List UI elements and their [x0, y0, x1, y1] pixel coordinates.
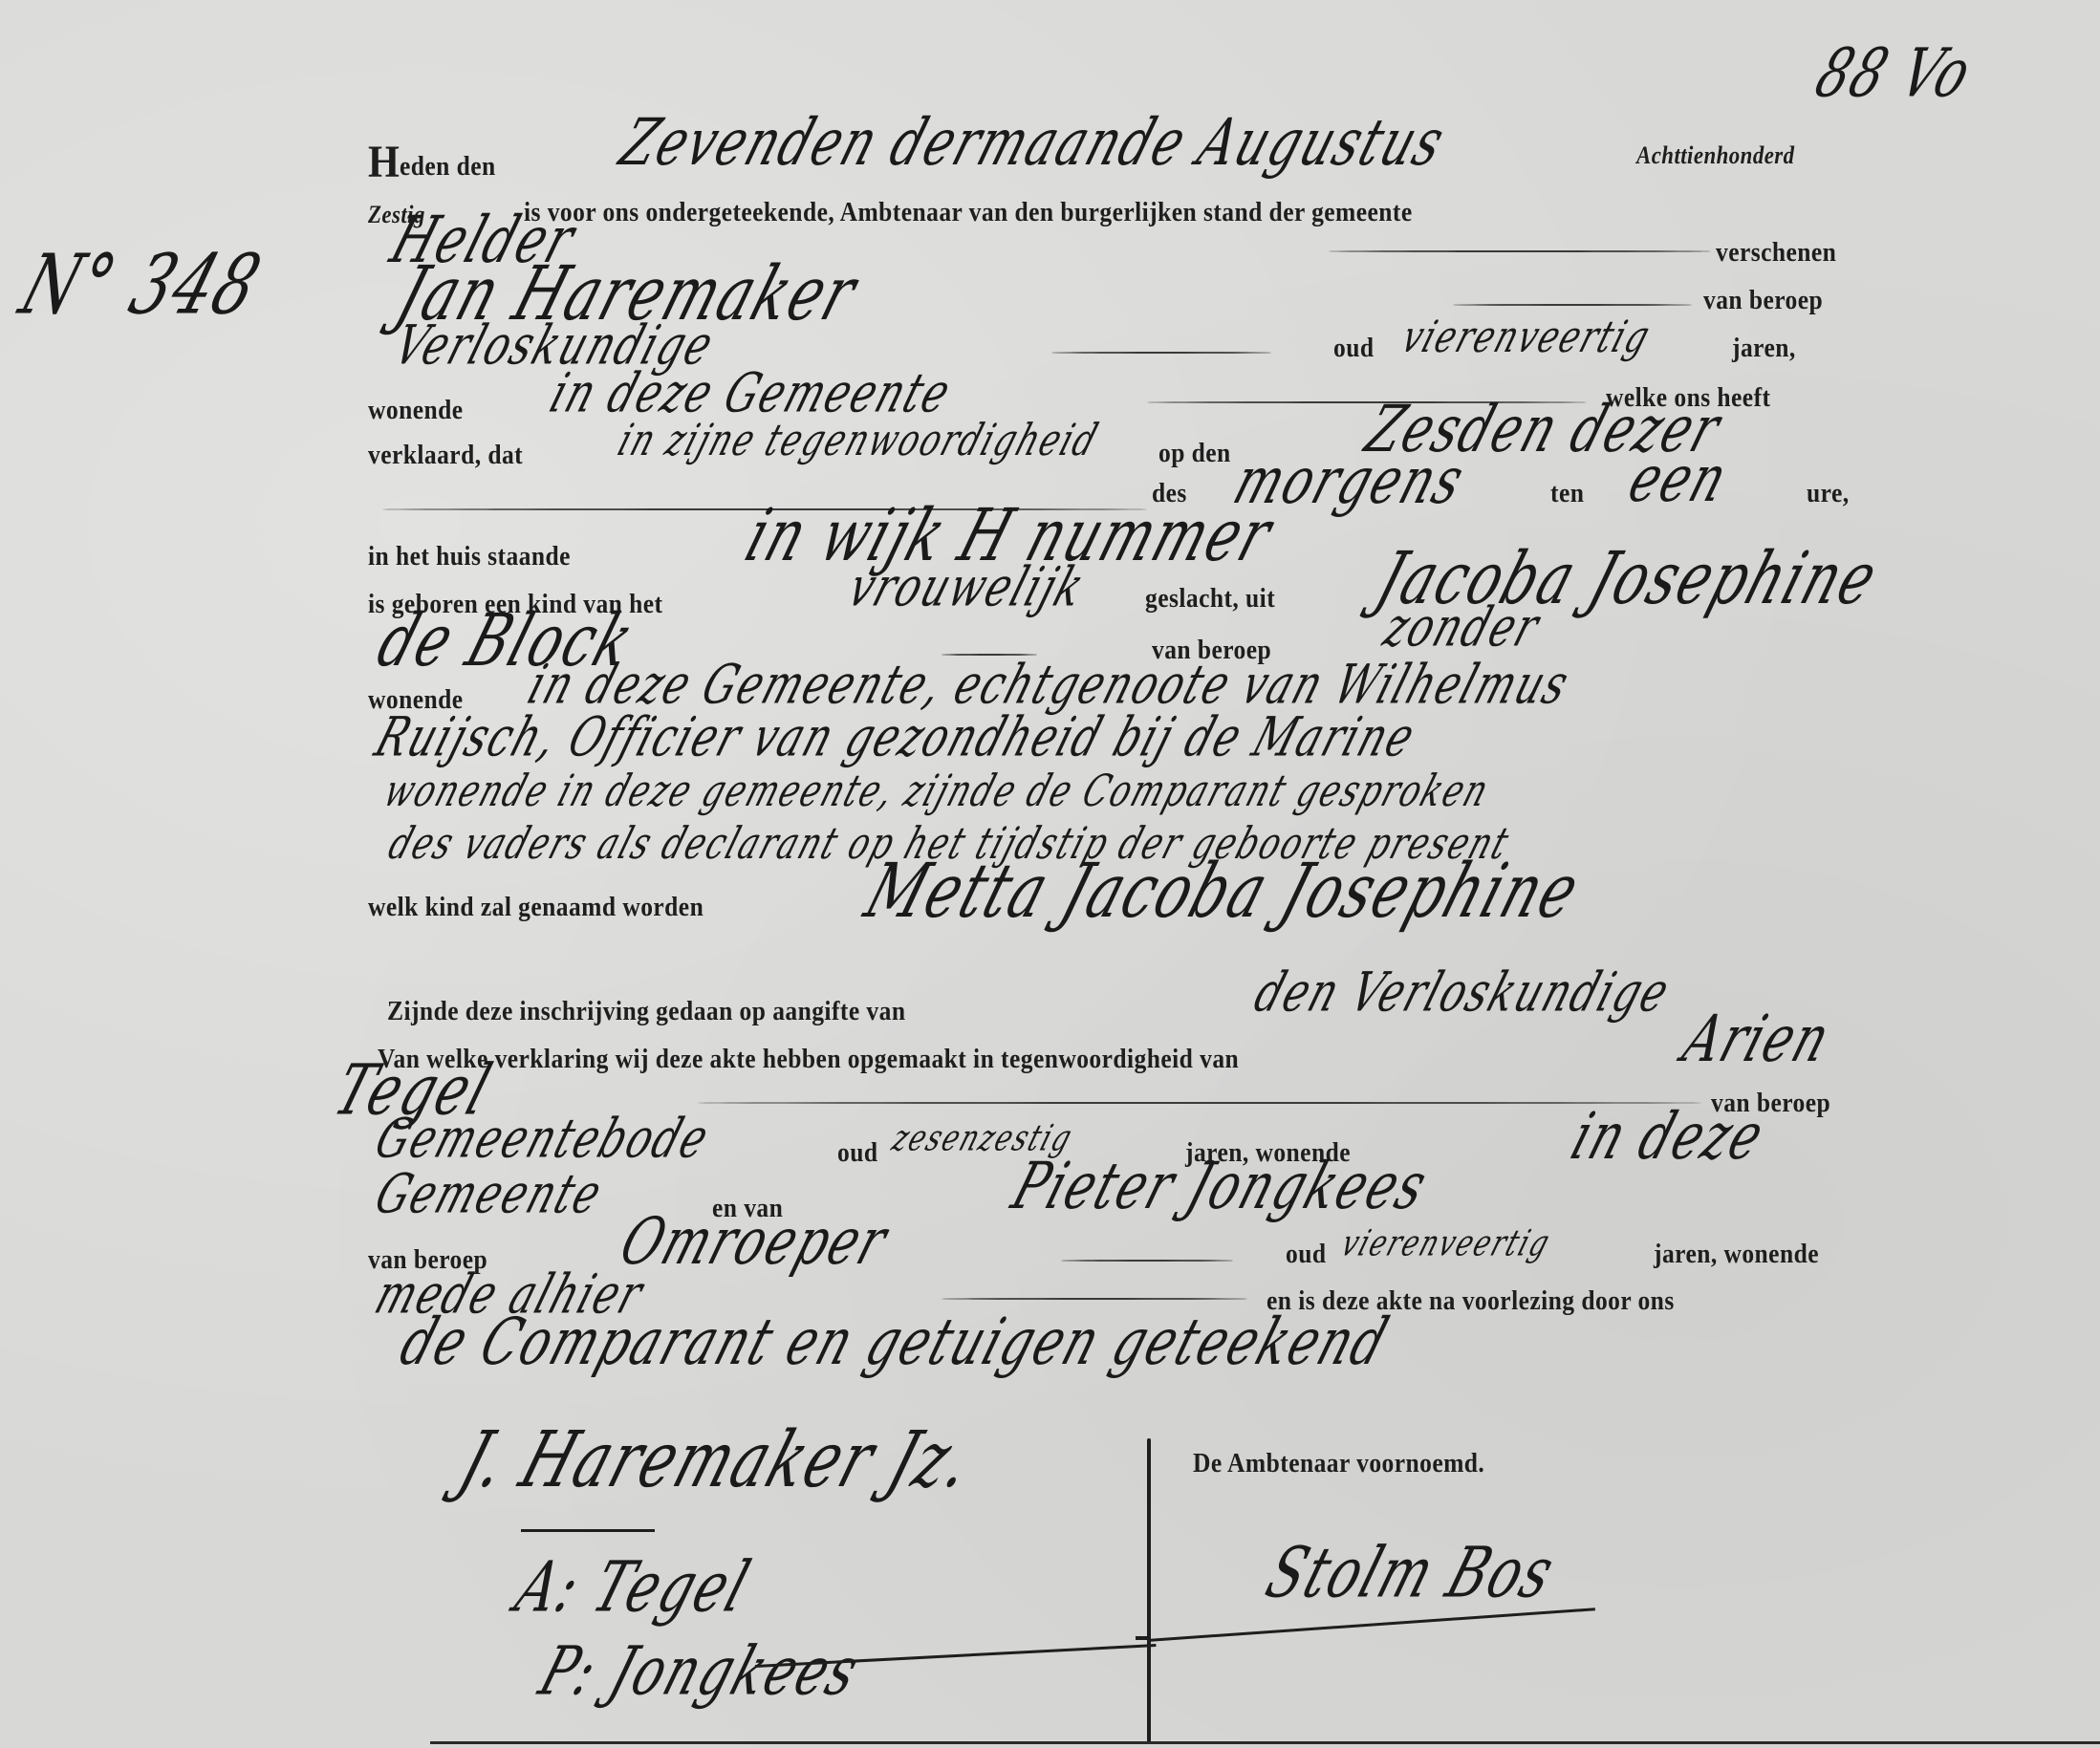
printed-zijnde: Zijnde deze inschrijving gedaan op aangi…	[387, 996, 905, 1027]
hw-witness2-profession: Omroeper	[612, 1204, 898, 1279]
hw-declarant-age: vierenveertig	[1396, 312, 1657, 363]
printed-verschenen: verschenen	[1716, 237, 1836, 269]
printed-van-welke: Van welke verklaring wij deze akte hebbe…	[378, 1044, 1239, 1075]
hw-witness1-profession: Gemeentebode	[368, 1107, 718, 1170]
signature-declarant: J. Haremaker Jz.	[449, 1415, 985, 1506]
hw-extra-line-1: wonende in deze gemeente, zijnde de Comp…	[378, 766, 1496, 817]
hw-sex: vrouwelijk	[841, 555, 1093, 618]
hw-declared: in zijne tegenwoordigheid	[612, 415, 1105, 466]
hw-mother-profession: zonder	[1376, 595, 1548, 658]
hw-closing: de Comparant en getuigen geteekend	[392, 1305, 1398, 1379]
hw-declared-by: den Verloskundige	[1247, 960, 1678, 1024]
hw-witness2-name: Pieter Jongkees	[1004, 1149, 1438, 1223]
printed-verklaard-dat: verklaard, dat	[368, 440, 523, 471]
signature-witness2: P: Jongkees	[530, 1633, 869, 1711]
fill-line	[942, 1298, 1247, 1300]
bottom-rule	[430, 1741, 2100, 1744]
printed-ambtenaar: De Ambtenaar voornoemd.	[1193, 1448, 1484, 1479]
printed-heden-initial: H	[368, 136, 400, 188]
fill-line	[1051, 352, 1271, 354]
printed-achttienhonderd: Achttienhonderd	[1636, 141, 1795, 170]
fill-line	[698, 1102, 1701, 1104]
record-number: N° 348	[10, 238, 272, 334]
signature-official: Stolm Bos	[1257, 1532, 1565, 1613]
fill-line	[1453, 304, 1692, 306]
printed-line2: is voor ons ondergeteekende, Ambtenaar v…	[524, 197, 1413, 228]
printed-wonende-1: wonende	[368, 395, 464, 426]
printed-oud-1: oud	[1333, 333, 1374, 364]
hw-date: Zevenden dermaande Augustus	[612, 105, 1455, 180]
hw-father-line: Ruijsch, Officier van gezondheid bij de …	[368, 705, 1424, 768]
page-number: 88 Vo	[1807, 35, 1981, 113]
printed-heden-den: eden den	[400, 151, 496, 183]
signature-flourish	[521, 1529, 655, 1532]
printed-geslacht-uit: geslacht, uit	[1145, 583, 1275, 615]
printed-oud-3: oud	[1286, 1239, 1326, 1270]
printed-welk-kind: welk kind zal genaamd worden	[368, 892, 704, 923]
hw-witness2-age: vierenveertig	[1336, 1221, 1556, 1264]
fill-line	[1061, 1260, 1233, 1262]
hw-witness1-first: Arien	[1675, 1002, 1840, 1076]
printed-oud-2: oud	[837, 1137, 877, 1169]
printed-jaren-wonende-2: jaren, wonende	[1654, 1239, 1819, 1270]
printed-ure: ure,	[1807, 478, 1850, 509]
hw-child-name: Metta Jacoba Josephine	[855, 847, 1591, 935]
printed-op-den: op den	[1158, 438, 1231, 469]
printed-in-het-huis: in het huis staande	[368, 541, 571, 572]
hw-witness1-residence-b: Gemeente	[368, 1162, 611, 1225]
printed-van-beroep-1: van beroep	[1703, 285, 1823, 316]
printed-jaren-1: jaren,	[1732, 333, 1796, 364]
hw-witness1-residence-a: in deze	[1563, 1099, 1774, 1174]
fill-line	[1329, 250, 1711, 252]
document-page: N° 348 88 Vo H eden den Zevenden dermaan…	[0, 0, 2100, 1748]
signature-witness1: A: Tegel	[507, 1546, 761, 1628]
printed-ten: ten	[1550, 478, 1584, 509]
signature-brace	[1147, 1438, 1151, 1744]
